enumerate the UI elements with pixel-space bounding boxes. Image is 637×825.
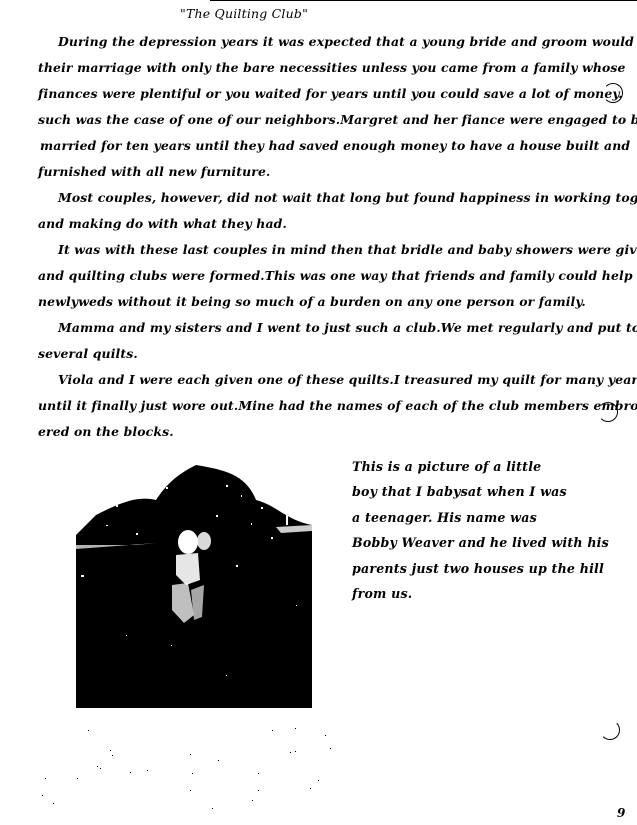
scan-speck	[97, 766, 98, 767]
scan-speck	[330, 748, 331, 749]
top-edge-rule	[210, 0, 637, 1]
document-title: "The Quilting Club"	[180, 6, 308, 21]
scan-speck	[325, 735, 326, 736]
body-line: furnished with all new furniture.	[38, 164, 270, 179]
scan-speck	[190, 790, 191, 791]
scan-speck	[295, 751, 296, 752]
body-line: During the depression years it was expec…	[58, 34, 637, 49]
body-line: ered on the blocks.	[38, 424, 174, 439]
body-line: their marriage with only the bare necess…	[38, 60, 626, 75]
scan-speck	[147, 770, 148, 771]
binder-hole-icon	[603, 83, 623, 103]
caption-line: from us.	[352, 586, 412, 601]
scan-speck	[290, 752, 291, 753]
page-number: 9	[617, 806, 625, 820]
scan-speck	[218, 760, 219, 761]
scan-speck	[258, 790, 259, 791]
scan-speck	[110, 750, 111, 751]
scan-speck	[252, 800, 253, 801]
document-page: "The Quilting Club" During the depressio…	[0, 0, 637, 825]
body-line: finances were plentiful or you waited fo…	[38, 86, 623, 101]
body-line: until it finally just wore out.Mine had …	[38, 398, 637, 413]
body-line: and quilting clubs were formed.This was …	[38, 268, 637, 283]
scan-speck	[100, 768, 101, 769]
body-line: It was with these last couples in mind t…	[58, 242, 637, 257]
body-line: married for ten years until they had sav…	[40, 138, 630, 153]
scan-speck	[42, 795, 43, 796]
caption-line: Bobby Weaver and he lived with his	[352, 535, 609, 550]
scan-speck	[190, 754, 191, 755]
scan-speck	[77, 778, 78, 779]
scan-speck	[310, 788, 311, 789]
scan-speck	[88, 730, 89, 731]
photo-image	[76, 445, 312, 708]
scan-speck	[53, 803, 54, 804]
caption-line: This is a picture of a little	[352, 459, 541, 474]
binder-hole-icon	[598, 402, 618, 422]
scan-speck	[295, 728, 296, 729]
binder-hole-icon	[600, 720, 620, 740]
body-line: and making do with what they had.	[38, 216, 287, 231]
body-line: several quilts.	[38, 346, 138, 361]
scan-speck	[318, 780, 319, 781]
photo-boy-outdoors	[76, 445, 312, 708]
body-line: newlyweds without it being so much of a …	[38, 294, 586, 309]
caption-line: parents just two houses up the hill	[352, 561, 604, 576]
scan-speck	[112, 755, 113, 756]
scan-speck	[45, 778, 46, 779]
scan-speck	[192, 773, 193, 774]
body-line: Viola and I were each given one of these…	[58, 372, 637, 387]
body-line: Most couples, however, did not wait that…	[58, 190, 637, 205]
caption-line: a teenager. His name was	[352, 510, 537, 525]
caption-line: boy that I babysat when I was	[352, 484, 567, 499]
scan-speck	[130, 772, 131, 773]
scan-speck	[212, 808, 213, 809]
scan-speck	[272, 730, 273, 731]
scan-speck	[258, 773, 259, 774]
body-line: Mamma and my sisters and I went to just …	[58, 320, 637, 335]
body-line: such was the case of one of our neighbor…	[38, 112, 637, 127]
